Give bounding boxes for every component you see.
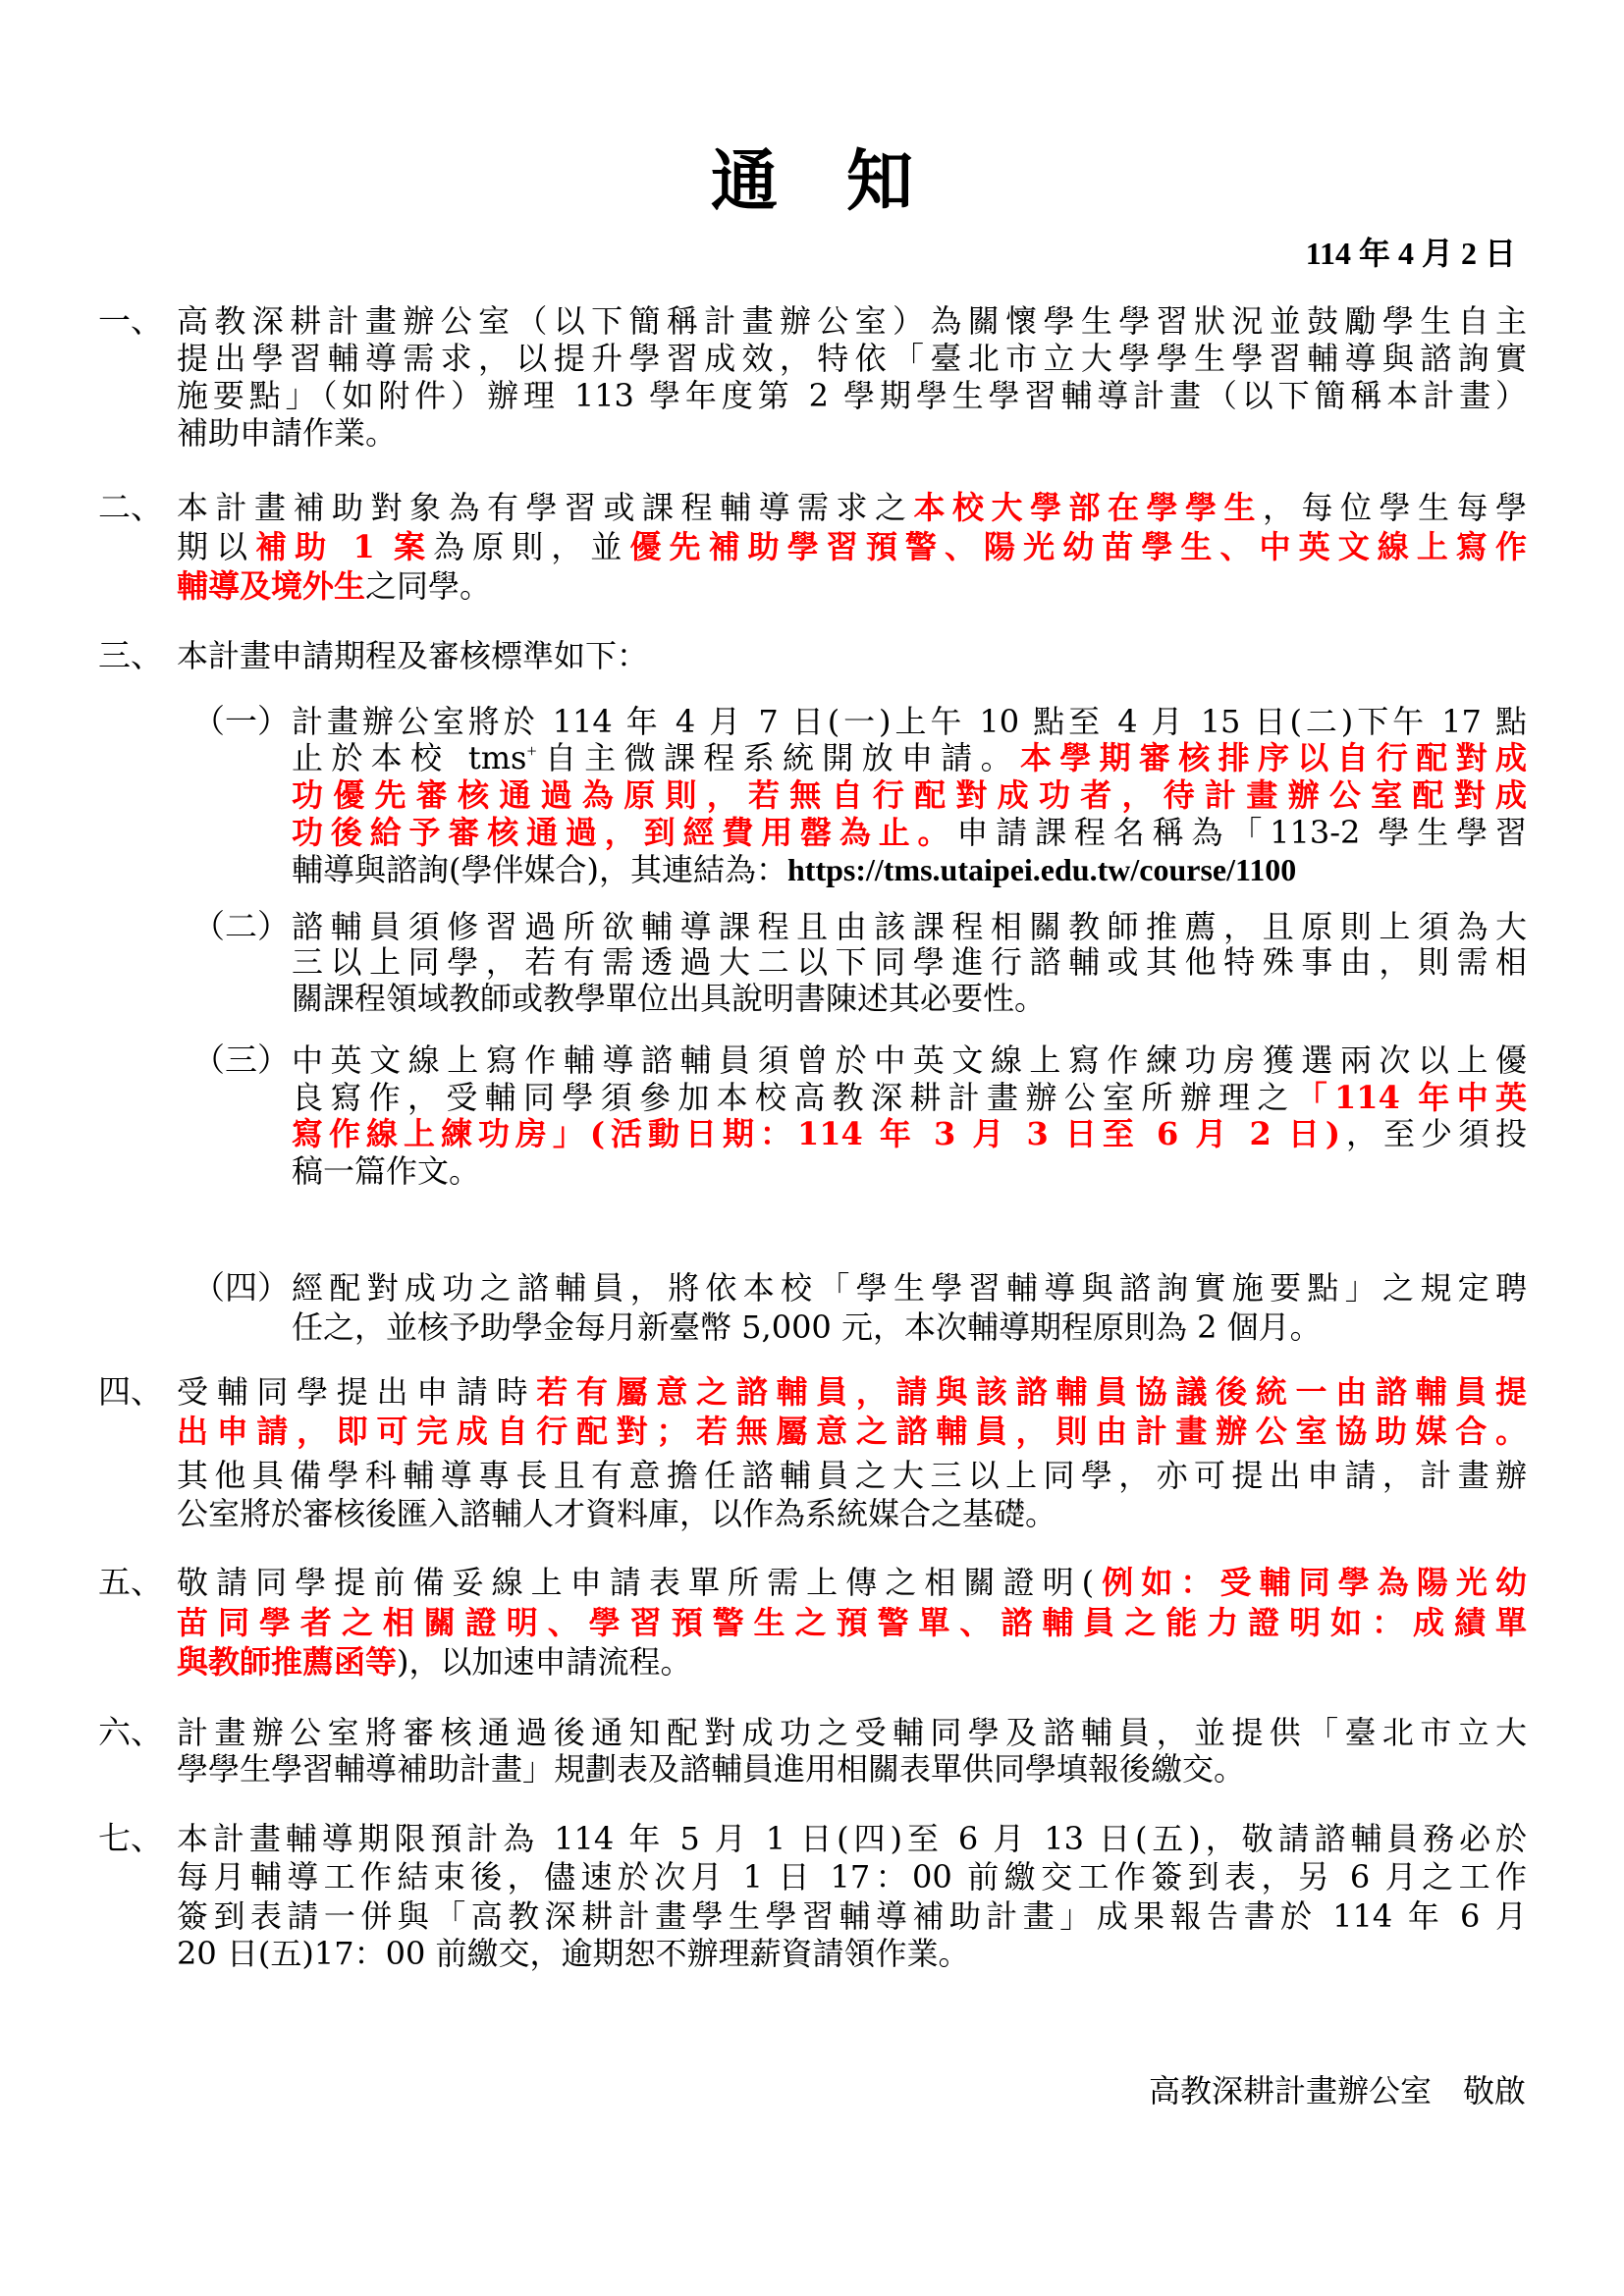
highlighted-text: 優先補助學習預警、陽光幼苗學生、中英文線上寫作 (629, 528, 1527, 565)
text-line: 寫作線上練功房」(活動日期：114 年 3 月 3 日至 6 月 2 日)，至少… (292, 1114, 1527, 1153)
text-line: 公室將於審核後匯入諮輔人才資料庫，以作為系統媒合之基礎。 (177, 1494, 1527, 1533)
text-line: 任之，並核予助學金每月新臺幣 5,000 元，本次輔導期程原則為 2 個月。 (292, 1308, 1527, 1347)
text-line: 中英文線上寫作輔導諮輔員須曾於中英文線上寫作練功房獲選兩次以上優 (292, 1041, 1527, 1080)
text-line: 功優先審核通過為原則，若無自行配對成功者，待計畫辦公室配對成 (292, 775, 1527, 815)
section-numeral: （四） (192, 1268, 290, 1308)
text-line: 受輔同學提出申請時若有屬意之諮輔員，請與該諮輔員協議後統一由諮輔員提 (177, 1372, 1527, 1412)
text-line: 其他具備學科輔導專長且有意擔任諮輔員之大三以上同學，亦可提出申請，計畫辦 (177, 1456, 1527, 1495)
highlighted-text: 本校大學部在學學生 (913, 489, 1263, 526)
text-line: 簽到表請一併與「高教深耕計畫學生學習輔導補助計畫」成果報告書於 114 年 6 … (177, 1896, 1527, 1936)
text-segment: 為原則，並 (433, 528, 629, 565)
text-line: 三以上同學，若有需透過大二以下同學進行諮輔或其他特殊事由，則需相 (292, 942, 1527, 982)
text-line: 出申請，即可完成自行配對；若無屬意之諮輔員，則由計畫辦公室協助媒合。 (177, 1412, 1527, 1451)
section-numeral: 二、 (98, 488, 163, 527)
text-line: 高教深耕計畫辦公室（以下簡稱計畫辦公室）為關懷學生學習狀況並鼓勵學生自主 (177, 301, 1527, 341)
text-segment: 自主微課程系統開放申請。 (537, 739, 1020, 776)
text-segment: 輔導與諮詢(學伴媒合)，其連結為： (292, 851, 787, 888)
text-segment: 本計畫申請期程及審核標準如下： (177, 637, 648, 674)
text-segment: 本計畫補助對象為有學習或課程輔導需求之 (177, 489, 913, 526)
text-line: 經配對成功之諮輔員，將依本校「學生學習輔導與諮詢實施要點」之規定聘 (292, 1268, 1527, 1308)
course-link[interactable]: https://tms.utaipei.edu.tw/course/1100 (787, 852, 1296, 887)
highlighted-text: 出申請，即可完成自行配對；若無屬意之諮輔員，則由計畫辦公室協助媒合。 (177, 1413, 1527, 1450)
text-segment: 期以 (177, 528, 255, 565)
text-segment: 其他具備學科輔導專長且有意擔任諮輔員之大三以上同學，亦可提出申請，計畫辦 (177, 1457, 1527, 1494)
text-segment: 關課程領域教師或教學單位出具說明書陳述其必要性。 (292, 980, 1046, 1017)
text-segment: 高教深耕計畫辦公室（以下簡稱計畫辦公室）為關懷學生學習狀況並鼓勵學生自主 (177, 302, 1527, 340)
text-segment: + (526, 741, 536, 761)
text-line: 本計畫補助對象為有學習或課程輔導需求之本校大學部在學學生，每位學生每學 (177, 488, 1527, 527)
section-numeral: 三、 (98, 636, 163, 675)
text-line: 良寫作，受輔同學須參加本校高教深耕計畫辦公室所辦理之「114 年中英 (292, 1078, 1527, 1117)
highlighted-text: 苗同學者之相關證明、學習預警生之預警單、諮輔員之能力證明如：成績單 (177, 1604, 1527, 1641)
text-segment: 簽到表請一併與「高教深耕計畫學生學習輔導補助計畫」成果報告書於 114 年 6 … (177, 1897, 1527, 1935)
text-segment: 稿一篇作文。 (292, 1152, 480, 1190)
text-segment: 申請課程名稱為「113-2 學生學習 (956, 814, 1527, 851)
signature: 高教深耕計畫辦公室 敬啟 (1149, 2069, 1526, 2112)
text-segment: 計畫辦公室將於 114 年 4 月 7 日(一)上午 10 點至 4 月 15 … (292, 703, 1527, 740)
section-numeral: 六、 (98, 1713, 163, 1752)
text-segment: 學學生學習輔導補助計畫」規劃表及諮輔員進用相關表單供同學填報後繳交。 (177, 1750, 1245, 1788)
highlighted-text: 例如：受輔同學為陽光幼 (1094, 1564, 1527, 1601)
text-segment: 中英文線上寫作輔導諮輔員須曾於中英文線上寫作練功房獲選兩次以上優 (292, 1041, 1527, 1079)
highlighted-text: 與教師推薦函等 (177, 1643, 397, 1681)
text-line: 功後給予審核通過，到經費用罄為止。申請課程名稱為「113-2 學生學習 (292, 813, 1527, 852)
text-line: 輔導與諮詢(學伴媒合)，其連結為：https://tms.utaipei.edu… (292, 850, 1527, 889)
text-segment: 提出學習輔導需求，以提升學習成效，特依「臺北市立大學學生學習輔導與諮詢實 (177, 340, 1527, 377)
text-segment: )，以加速申請流程。 (397, 1643, 692, 1681)
page-title: 通知 (0, 137, 1624, 226)
text-segment: 經配對成功之諮輔員，將依本校「學生學習輔導與諮詢實施要點」之規定聘 (292, 1269, 1527, 1307)
text-segment: 三以上同學，若有需透過大二以下同學進行諮輔或其他特殊事由，則需相 (292, 943, 1527, 981)
text-segment: 任之，並核予助學金每月新臺幣 5,000 元，本次輔導期程原則為 2 個月。 (292, 1308, 1322, 1346)
text-line: 計畫辦公室將於 114 年 4 月 7 日(一)上午 10 點至 4 月 15 … (292, 702, 1527, 741)
text-segment: 敬請同學提前備妥線上申請表單所需上傳之相關證明( (177, 1564, 1094, 1601)
text-line: 諮輔員須修習過所欲輔導課程且由該課程相關教師推薦，且原則上須為大 (292, 907, 1527, 946)
highlighted-text: 功優先審核通過為原則，若無自行配對成功者，待計畫辦公室配對成 (292, 776, 1527, 814)
text-segment: 之同學。 (365, 567, 491, 605)
highlighted-text: 若有屬意之諮輔員，請與該諮輔員協議後統一由諮輔員提 (536, 1373, 1527, 1411)
text-line: 每月輔導工作結束後，儘速於次月 1 日 17：00 前繳交工作簽到表，另 6 月… (177, 1857, 1527, 1896)
text-line: 施要點」（如附件）辦理 113 學年度第 2 學期學生學習輔導計畫（以下簡稱本計… (177, 376, 1527, 415)
text-segment: 每月輔導工作結束後，儘速於次月 1 日 17：00 前繳交工作簽到表，另 6 月… (177, 1858, 1527, 1896)
section-numeral: （二） (192, 907, 290, 946)
highlighted-text: 補助 1 案 (255, 528, 433, 565)
text-segment: 20 日(五)17：00 前繳交，逾期恕不辦理薪資請領作業。 (177, 1935, 969, 1972)
text-line: 與教師推薦函等)，以加速申請流程。 (177, 1642, 1527, 1682)
section-numeral: （一） (192, 702, 290, 741)
section-numeral: 四、 (98, 1372, 163, 1412)
text-segment: 計畫辦公室將審核通過後通知配對成功之受輔同學及諮輔員，並提供「臺北市立大 (177, 1714, 1527, 1751)
text-line: 輔導及境外生之同學。 (177, 566, 1527, 606)
text-line: 關課程領域教師或教學單位出具說明書陳述其必要性。 (292, 979, 1527, 1018)
text-segment: 止於本校 tms (292, 739, 526, 776)
text-line: 補助申請作業。 (177, 413, 1527, 453)
highlighted-text: 輔導及境外生 (177, 567, 365, 605)
section-numeral: 五、 (98, 1563, 163, 1602)
text-segment: 良寫作，受輔同學須參加本校高教深耕計畫辦公室所辦理之 (292, 1079, 1296, 1116)
text-line: 苗同學者之相關證明、學習預警生之預警單、諮輔員之能力證明如：成績單 (177, 1603, 1527, 1642)
highlighted-text: 「114 年中英 (1296, 1079, 1527, 1116)
text-line: 20 日(五)17：00 前繳交，逾期恕不辦理薪資請領作業。 (177, 1934, 1527, 1973)
section-numeral: （三） (192, 1041, 290, 1080)
section-numeral: 一、 (98, 301, 163, 341)
highlighted-text: 本學期審核排序以自行配對成 (1020, 739, 1527, 776)
text-segment: 施要點」（如附件）辦理 113 學年度第 2 學期學生學習輔導計畫（以下簡稱本計… (177, 377, 1527, 414)
section-numeral: 七、 (98, 1819, 163, 1858)
text-segment: 諮輔員須修習過所欲輔導課程且由該課程相關教師推薦，且原則上須為大 (292, 908, 1527, 945)
text-segment: 本計畫輔導期限預計為 114 年 5 月 1 日(四)至 6 月 13 日(五)… (177, 1820, 1527, 1857)
text-line: 期以補助 1 案為原則，並優先補助學習預警、陽光幼苗學生、中英文線上寫作 (177, 527, 1527, 566)
document-date: 114 年 4 月 2 日 (1306, 232, 1516, 275)
text-line: 敬請同學提前備妥線上申請表單所需上傳之相關證明(例如：受輔同學為陽光幼 (177, 1563, 1527, 1602)
text-line: 止於本校 tms+自主微課程系統開放申請。本學期審核排序以自行配對成 (292, 738, 1527, 777)
text-line: 計畫辦公室將審核通過後通知配對成功之受輔同學及諮輔員，並提供「臺北市立大 (177, 1713, 1527, 1752)
highlighted-text: 功後給予審核通過，到經費用罄為止。 (292, 814, 956, 851)
highlighted-text: 寫作線上練功房」(活動日期：114 年 3 月 3 日至 6 月 2 日) (292, 1115, 1340, 1152)
text-segment: 公室將於審核後匯入諮輔人才資料庫，以作為系統媒合之基礎。 (177, 1495, 1056, 1532)
text-segment: ，每位學生每學 (1263, 489, 1527, 526)
text-line: 本計畫輔導期限預計為 114 年 5 月 1 日(四)至 6 月 13 日(五)… (177, 1819, 1527, 1858)
text-segment: ，至少須投 (1340, 1115, 1527, 1152)
text-line: 提出學習輔導需求，以提升學習成效，特依「臺北市立大學學生學習輔導與諮詢實 (177, 339, 1527, 378)
text-segment: 補助申請作業。 (177, 414, 397, 452)
text-segment: 受輔同學提出申請時 (177, 1373, 536, 1411)
text-line: 學學生學習輔導補助計畫」規劃表及諮輔員進用相關表單供同學填報後繳交。 (177, 1749, 1527, 1789)
text-line: 稿一篇作文。 (292, 1151, 1527, 1191)
text-line: 本計畫申請期程及審核標準如下： (177, 636, 1527, 675)
